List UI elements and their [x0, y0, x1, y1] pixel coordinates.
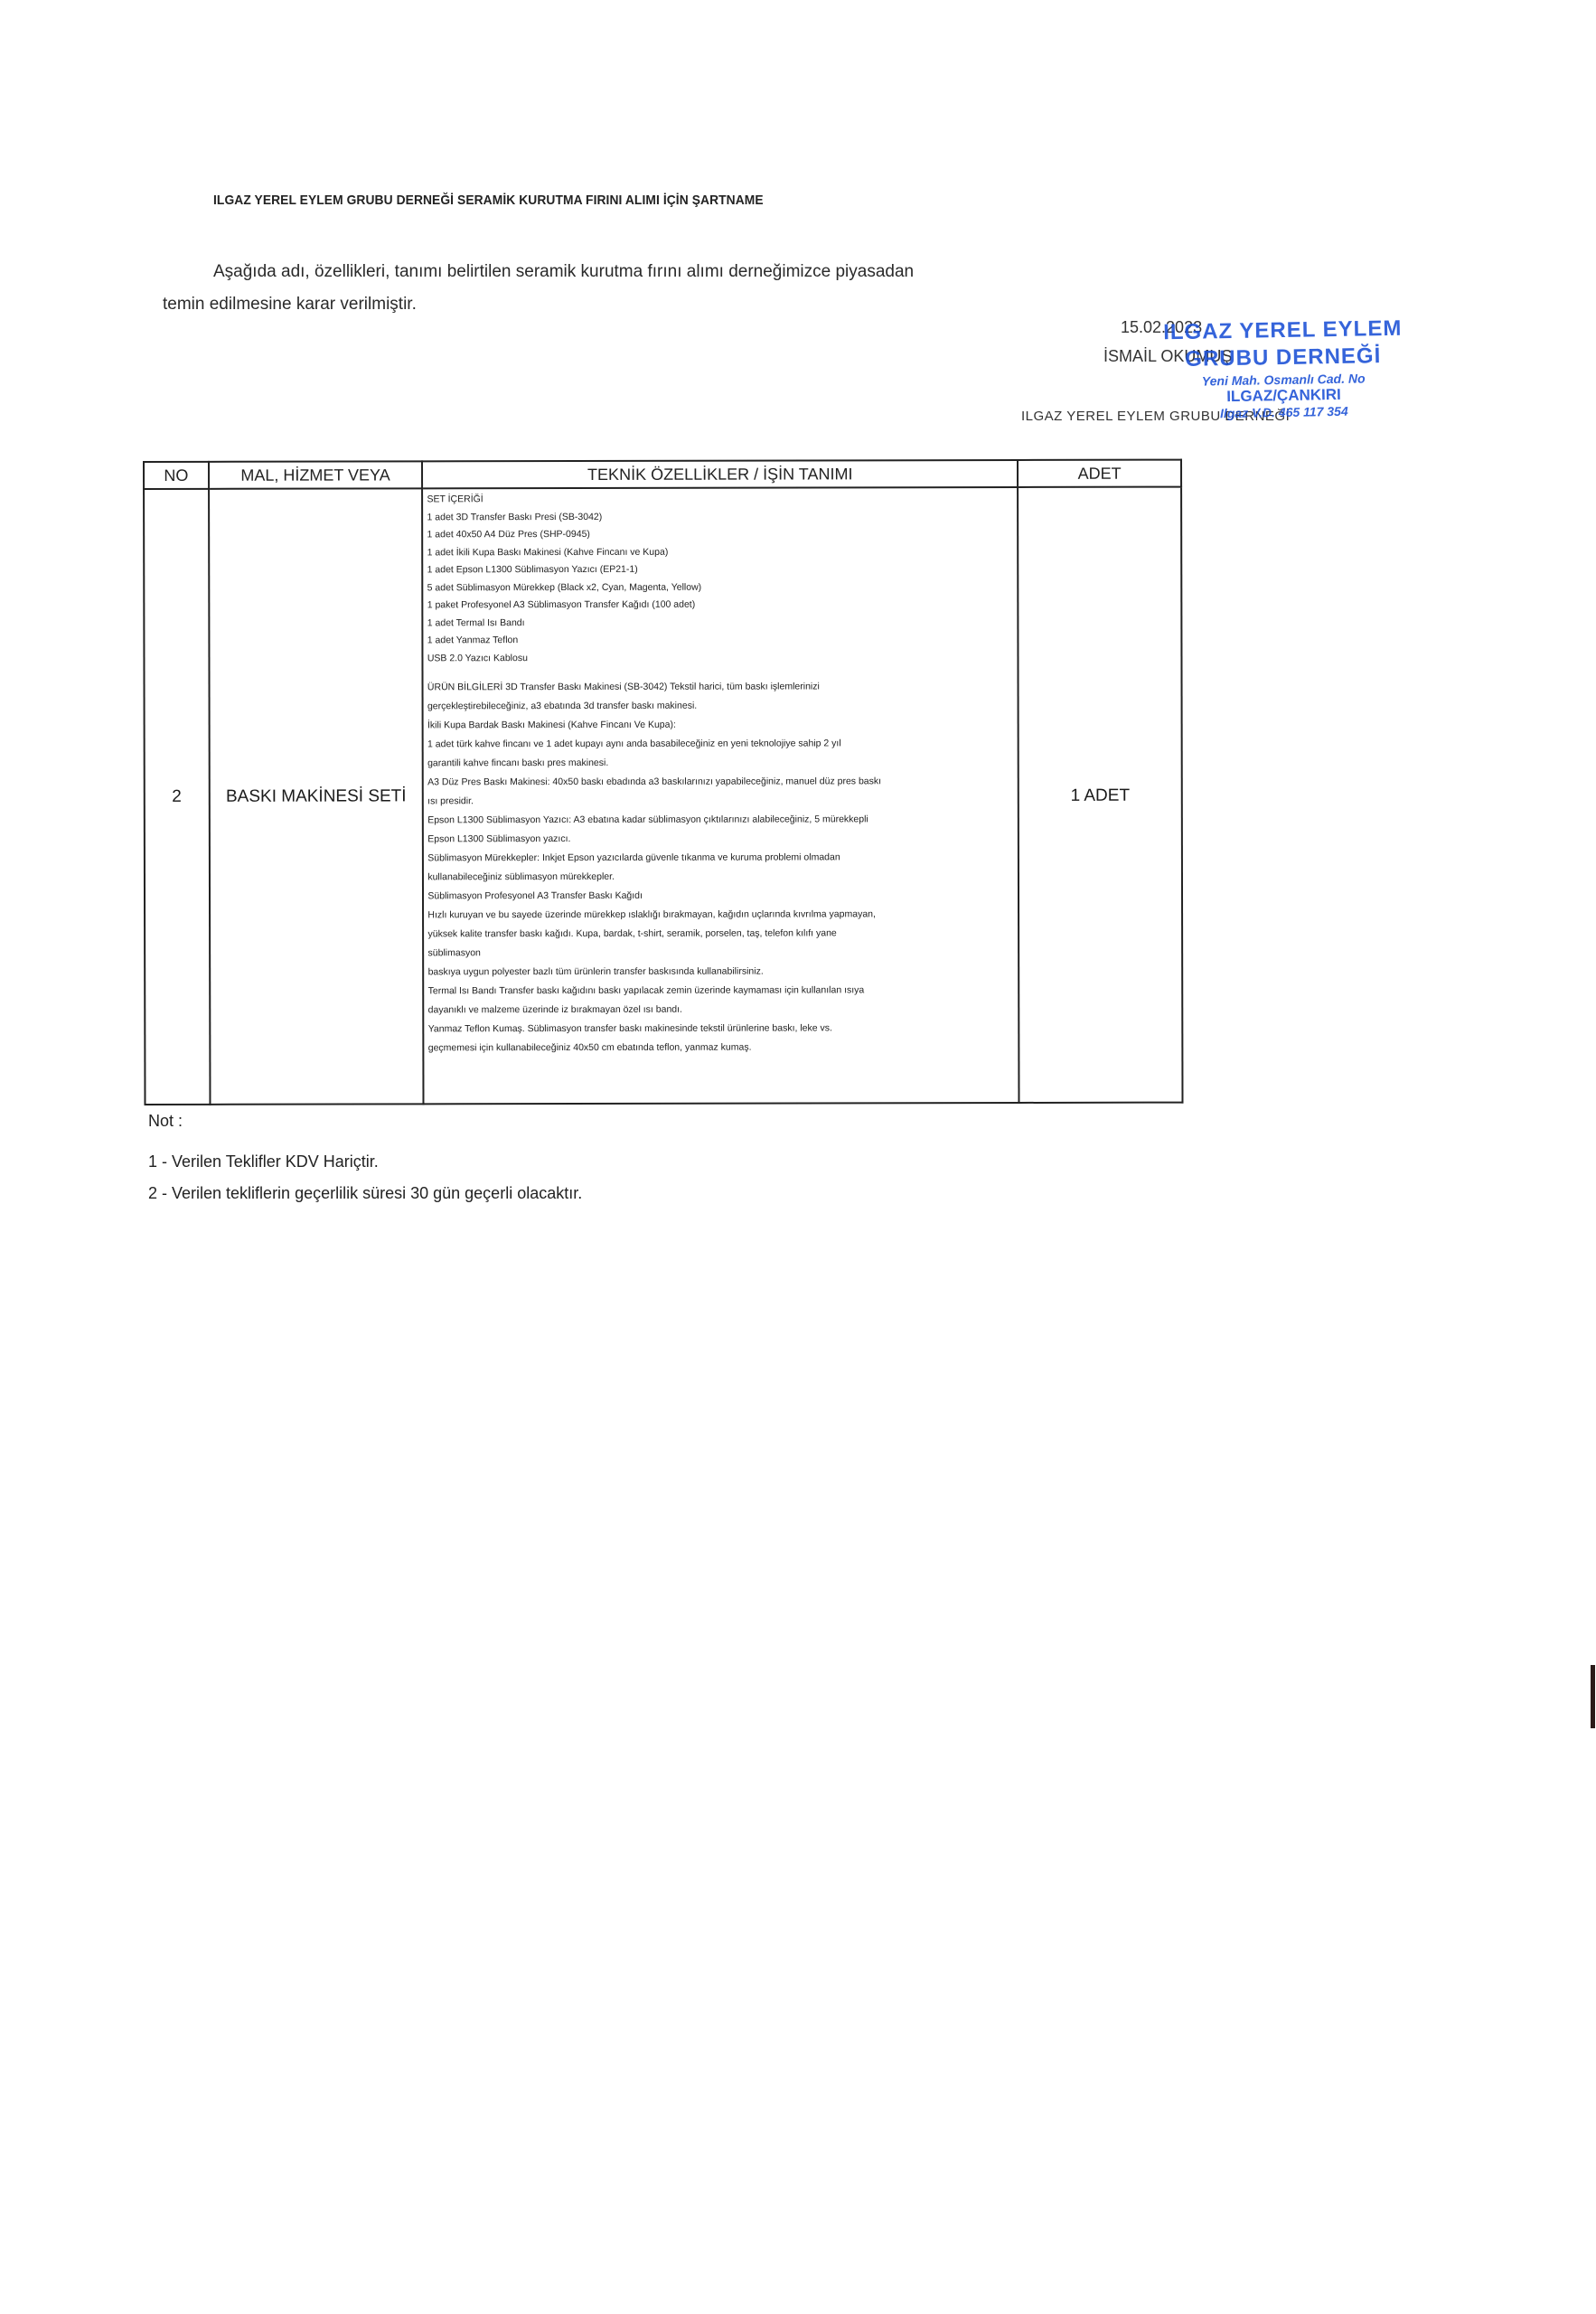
table-row: 2 BASKI MAKİNESİ SETİ SET İÇERİĞİ1 adet …: [144, 487, 1182, 1105]
set-content-line: 1 adet Termal Isı Bandı: [427, 613, 1014, 632]
header-no: NO: [144, 462, 209, 489]
product-info-line: 1 adet türk kahve fincanı ve 1 adet kupa…: [427, 734, 1014, 754]
notes-section: Not : 1 - Verilen Teklifler KDV Hariçtir…: [148, 1112, 582, 1216]
set-content-line: 1 adet 3D Transfer Baskı Presi (SB-3042): [427, 507, 1013, 526]
set-content-line: 1 adet 40x50 A4 Düz Pres (SHP-0945): [427, 525, 1014, 544]
intro-line-2: temin edilmesine karar verilmiştir.: [163, 295, 417, 314]
product-info-line: Epson L1300 Süblimasyon yazıcı.: [427, 829, 1014, 849]
set-content-line: 5 adet Süblimasyon Mürekkep (Black x2, C…: [427, 578, 1014, 597]
product-info-line: süblimasyon: [427, 943, 1014, 963]
notes-label: Not :: [148, 1112, 582, 1131]
set-content-line: 1 adet Yanmaz Teflon: [427, 631, 1014, 650]
product-info-line: Termal Isı Bandı Transfer baskı kağıdını…: [428, 981, 1015, 1001]
stamp-line-2: GRUBU DERNEĞİ: [1152, 343, 1414, 372]
document-title: ILGAZ YEREL EYLEM GRUBU DERNEĞİ SERAMİK …: [213, 193, 764, 208]
product-info-list: ÜRÜN BİLGİLERİ 3D Transfer Baskı Makines…: [427, 677, 1015, 1058]
set-content-line: 1 adet Epson L1300 Süblimasyon Yazıcı (E…: [427, 560, 1014, 579]
product-info-line: Epson L1300 Süblimasyon Yazıcı: A3 ebatı…: [427, 810, 1014, 830]
set-content-line: USB 2.0 Yazıcı Kablosu: [427, 648, 1014, 667]
product-info-line: kullanabileceğiniz süblimasyon mürekkepl…: [427, 867, 1014, 887]
table-header-row: NO MAL, HİZMET VEYA TEKNİK ÖZELLİKLER / …: [144, 460, 1181, 489]
intro-line-1: Aşağıda adı, özellikleri, tanımı belirti…: [163, 256, 1030, 288]
product-info-line: baskıya uygun polyester bazlı tüm ürünle…: [428, 962, 1015, 982]
association-stamp: ILGAZ YEREL EYLEM GRUBU DERNEĞİ Yeni Mah…: [1151, 315, 1415, 421]
product-info-line: gerçekleştirebileceğiniz, a3 ebatında 3d…: [427, 696, 1014, 716]
header-item: MAL, HİZMET VEYA: [209, 461, 423, 488]
set-contents-list: SET İÇERİĞİ1 adet 3D Transfer Baskı Pres…: [427, 490, 1013, 667]
note-item: 1 - Verilen Teklifler KDV Hariçtir.: [148, 1152, 582, 1171]
product-info-line: Süblimasyon Profesyonel A3 Transfer Bask…: [427, 886, 1014, 906]
note-item: 2 - Verilen tekliflerin geçerlilik süres…: [148, 1184, 582, 1203]
header-qty: ADET: [1018, 460, 1181, 487]
product-info-line: ısı presidir.: [427, 791, 1014, 811]
cell-no: 2: [144, 489, 210, 1105]
product-info-line: geçmemesi için kullanabileceğiniz 40x50 …: [428, 1038, 1015, 1058]
product-info-line: garantili kahve fincanı baskı pres makin…: [427, 753, 1014, 773]
cell-spec: SET İÇERİĞİ1 adet 3D Transfer Baskı Pres…: [422, 487, 1019, 1104]
specification-table: NO MAL, HİZMET VEYA TEKNİK ÖZELLİKLER / …: [143, 459, 1183, 1105]
product-info-line: Süblimasyon Mürekkepler: Inkjet Epson ya…: [427, 848, 1014, 868]
product-info-line: dayanıklı ve malzeme üzerinde iz bırakma…: [428, 1000, 1015, 1020]
product-info-line: Hızlı kuruyan ve bu sayede üzerinde müre…: [427, 905, 1014, 925]
product-info-line: İkili Kupa Bardak Baskı Makinesi (Kahve …: [427, 715, 1014, 735]
product-info-line: ÜRÜN BİLGİLERİ 3D Transfer Baskı Makines…: [427, 677, 1014, 697]
set-content-line: 1 paket Profesyonel A3 Süblimasyon Trans…: [427, 596, 1014, 615]
product-info-line: A3 Düz Pres Baskı Makinesi: 40x50 baskı …: [427, 772, 1014, 792]
stamp-line-1: ILGAZ YEREL EYLEM: [1151, 315, 1413, 345]
cell-qty: 1 ADET: [1018, 487, 1182, 1103]
scan-edge-mark: [1591, 1665, 1595, 1728]
set-content-line: SET İÇERİĞİ: [427, 490, 1013, 509]
cell-item: BASKI MAKİNESİ SETİ: [209, 488, 424, 1104]
set-content-line: 1 adet İkili Kupa Baskı Makinesi (Kahve …: [427, 542, 1014, 561]
product-info-line: yüksek kalite transfer baskı kağıdı. Kup…: [427, 924, 1014, 944]
intro-paragraph: Aşağıda adı, özellikleri, tanımı belirti…: [163, 256, 1030, 321]
product-info-line: Yanmaz Teflon Kumaş. Süblimasyon transfe…: [428, 1019, 1015, 1039]
header-spec: TEKNİK ÖZELLİKLER / İŞİN TANIMI: [422, 460, 1018, 488]
